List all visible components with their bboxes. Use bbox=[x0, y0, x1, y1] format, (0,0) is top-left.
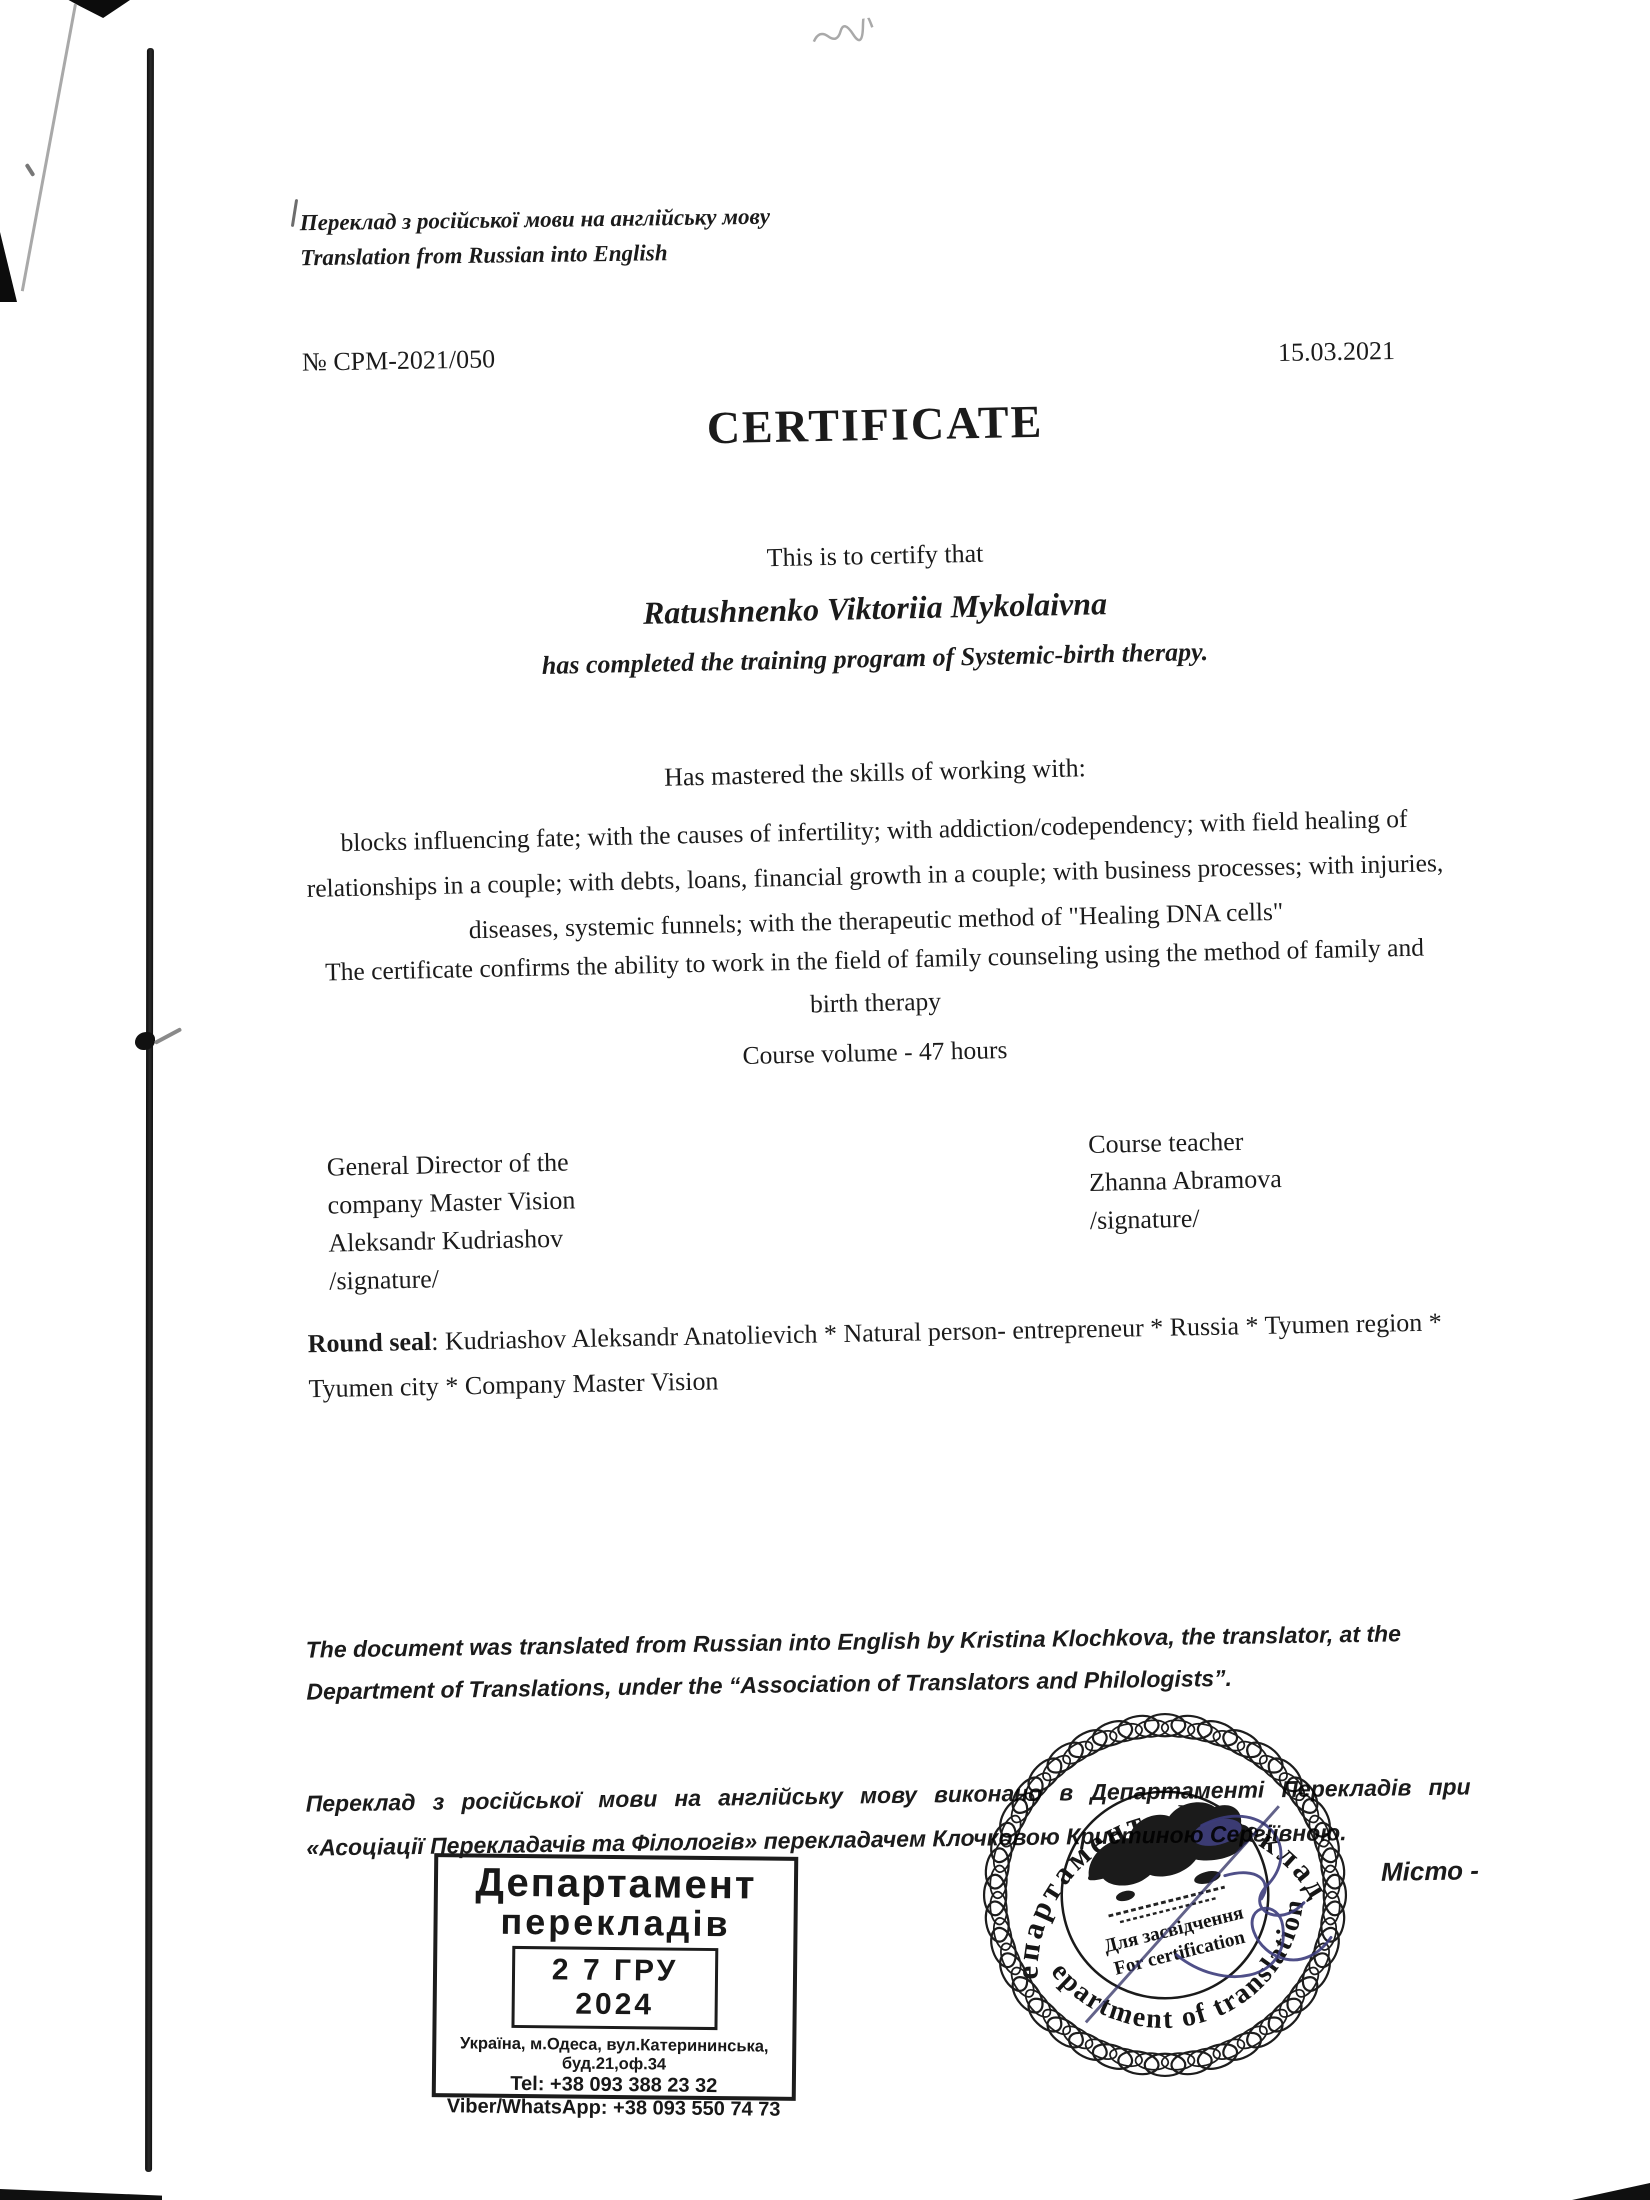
round-seal-label: Round seal bbox=[307, 1327, 431, 1358]
skills-heading: Has mastered the skills of working with: bbox=[300, 745, 1450, 801]
round-seal-description: Round seal: Kudriashov Aleksandr Anatoli… bbox=[307, 1299, 1479, 1411]
translation-direction-header: Переклад з російської мови на англійську… bbox=[300, 199, 771, 276]
scanned-certificate-page: Переклад з російської мови на англійську… bbox=[0, 0, 1650, 2200]
scan-artifact-knot-hook bbox=[154, 1027, 182, 1045]
scan-artifact-bottom-streak bbox=[0, 2189, 162, 2200]
scan-artifact-left-wedge bbox=[0, 232, 17, 302]
stamp-viber-whatsapp: Viber/WhatsApp: +38 093 550 74 73 bbox=[436, 2095, 792, 2122]
round-seal-text: : Kudriashov Aleksandr Anatolievich * Na… bbox=[308, 1307, 1442, 1403]
stamp-date-box: 2 7 ГРУ 2024 bbox=[511, 1946, 718, 2030]
scan-artifact-speck bbox=[291, 199, 298, 227]
stamp-date: 2 7 ГРУ 2024 bbox=[515, 1953, 716, 2023]
certify-intro: This is to certify that bbox=[300, 529, 1450, 583]
signatory-name: Zhanna Abramova bbox=[1089, 1160, 1283, 1202]
course-volume: Course volume - 47 hours bbox=[300, 1025, 1450, 1081]
left-signatory-block: General Director of the company Master V… bbox=[326, 1143, 577, 1300]
signatory-role-line: General Director of the bbox=[326, 1143, 575, 1186]
recipient-name: Ratushnenko Viktoriia Mykolaivna bbox=[300, 578, 1451, 639]
scan-artifact-squiggle bbox=[809, 17, 878, 51]
translator-note-en: The document was translated from Russian… bbox=[305, 1611, 1466, 1712]
department-stamp: Департамент перекладів 2 7 ГРУ 2024 Укра… bbox=[432, 1853, 799, 2101]
completion-line: has completed the training program of Sy… bbox=[300, 632, 1450, 686]
signatory-company: company Master Vision bbox=[327, 1181, 576, 1224]
city-label: Місто - bbox=[1381, 1855, 1479, 1888]
certificate-number: № CPM-2021/050 bbox=[302, 344, 496, 377]
signature-placeholder: /signature/ bbox=[1089, 1198, 1283, 1240]
signatory-role-line: Course teacher bbox=[1088, 1122, 1282, 1164]
scan-artifact-vertical-fold-line bbox=[145, 48, 154, 2172]
scan-artifact-diagonal-line bbox=[21, 4, 77, 292]
certificate-date: 15.03.2021 bbox=[1278, 336, 1396, 368]
stamp-title-line1: Департамент bbox=[438, 1861, 794, 1907]
certificate-title: CERTIFICATE bbox=[300, 387, 1451, 462]
stamp-title-line2: перекладів bbox=[437, 1903, 793, 1943]
translation-header-uk: Переклад з російської мови на англійську… bbox=[300, 199, 771, 241]
signatory-name: Aleksandr Kudriashov bbox=[328, 1219, 577, 1262]
translation-header-en: Translation from Russian into English bbox=[300, 234, 771, 276]
scan-artifact-speck bbox=[25, 163, 36, 177]
right-signatory-block: Course teacher Zhanna Abramova /signatur… bbox=[1088, 1122, 1283, 1240]
round-seal: Департамент Перекладів Department of tra… bbox=[972, 1702, 1358, 2088]
signature-placeholder: /signature/ bbox=[329, 1257, 578, 1300]
scan-artifact-bottom-right-wedge bbox=[1572, 2183, 1650, 2200]
stamp-address: Україна, м.Одеса, вул.Катерининська, буд… bbox=[436, 2034, 792, 2076]
